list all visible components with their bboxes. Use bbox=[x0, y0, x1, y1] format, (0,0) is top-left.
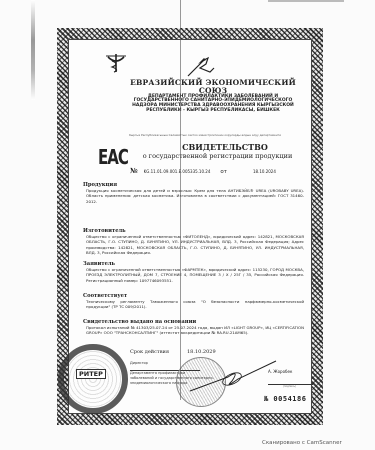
validity-line: Срок действия 18.10.2029 bbox=[130, 349, 216, 355]
from-label: от bbox=[220, 169, 227, 175]
certificate-body: ЕВРАЗИЙСКИЙ ЭКОНОМИЧЕСКИЙ СОЮЗ ДЕПАРТАМЕ… bbox=[68, 39, 312, 414]
stamp-text: РИТЕР bbox=[76, 369, 106, 379]
camscanner-watermark: Сканировано с CamScanner bbox=[262, 440, 342, 446]
medical-emblem-icon bbox=[102, 51, 130, 73]
registration-line: № KG.11.01.09.001.Е.005335.10.24 от 18.1… bbox=[130, 166, 276, 175]
signer-name: А. Жоробек bbox=[268, 369, 292, 374]
issuer-kyrgyz-line: Кыргыз Республикасынын Саламаттык сактоо… bbox=[128, 133, 282, 137]
validity-date: 18.10.2029 bbox=[187, 349, 216, 355]
section-applicant: Заявитель Общество с ограниченной ответс… bbox=[83, 261, 304, 283]
registration-number: KG.11.01.09.001.Е.005335.10.24 bbox=[144, 169, 211, 174]
signature-icon bbox=[188, 357, 278, 395]
section-text: Продукция косметическая для детей и взро… bbox=[83, 188, 304, 204]
certificate-subtitle: о государственной регистрации продукции bbox=[123, 152, 312, 160]
section-product: Продукция Продукция косметическая для де… bbox=[83, 182, 304, 204]
scan-artifact-mark bbox=[268, 0, 344, 2]
section-text: Техническому регламенту Таможенного союз… bbox=[83, 299, 304, 310]
section-text: Протокол испытаний № 41303/25.07.24 от 2… bbox=[83, 325, 304, 336]
scan-artifact-streak bbox=[31, 0, 35, 100]
signer-sub: (подпись) bbox=[283, 385, 296, 388]
section-basis: Свидетельство выдано на основании Проток… bbox=[83, 319, 304, 336]
section-conforms: Соответствует Техническому регламенту Та… bbox=[83, 293, 304, 310]
signature-top-icon bbox=[186, 54, 216, 80]
section-manufacturer: Изготовитель Общество с ограниченной отв… bbox=[83, 228, 304, 256]
number-sign: № bbox=[130, 166, 138, 175]
section-text: Общество с ограниченной ответственностью… bbox=[83, 267, 304, 283]
certificate-title: СВИДЕТЕЛЬСТВО bbox=[138, 142, 312, 152]
validity-label: Срок действия bbox=[130, 349, 169, 355]
scan-fold-line bbox=[180, 0, 181, 400]
certificate-frame: ЕВРАЗИЙСКИЙ ЭКОНОМИЧЕСКИЙ СОЮЗ ДЕПАРТАМЕ… bbox=[57, 28, 323, 425]
union-title: ЕВРАЗИЙСКИЙ ЭКОНОМИЧЕСКИЙ СОЮЗ bbox=[118, 79, 308, 95]
department-line: РЕСПУБЛИКИ - КЫРГЫЗ РЕСПУБЛИКАСЫ, БИШКЕК bbox=[118, 109, 308, 114]
registration-date: 18.10.2024 bbox=[253, 169, 276, 174]
section-text: Общество с ограниченной ответственностью… bbox=[83, 234, 304, 256]
official-stamp-icon bbox=[58, 344, 128, 414]
serial-number: № 0054186 bbox=[264, 395, 306, 403]
issuer-header: ЕВРАЗИЙСКИЙ ЭКОНОМИЧЕСКИЙ СОЮЗ ДЕПАРТАМЕ… bbox=[118, 79, 308, 114]
